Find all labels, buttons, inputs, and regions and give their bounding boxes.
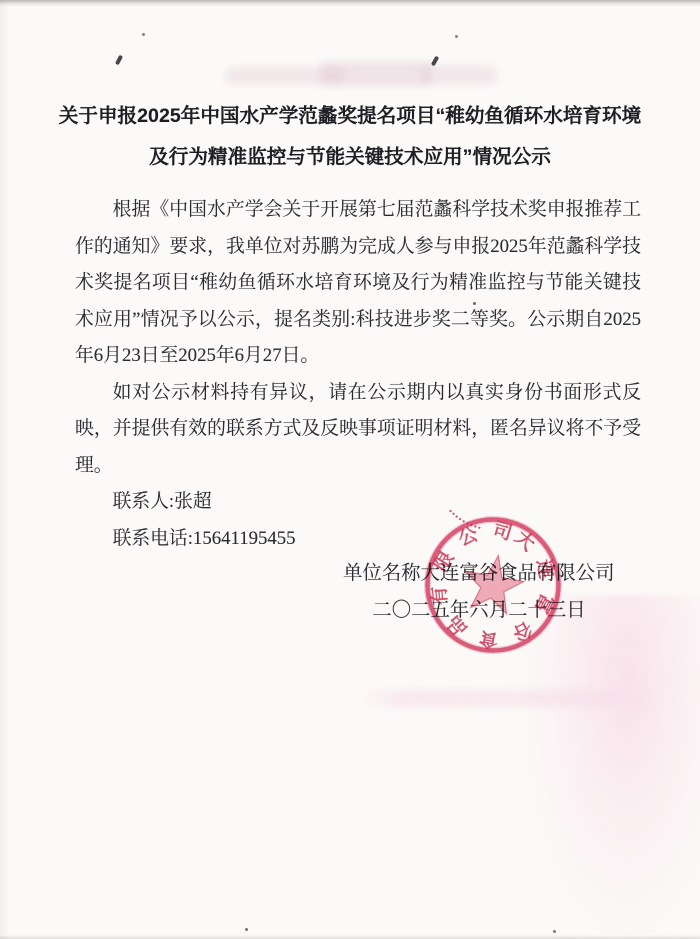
title-line-1: 关于申报2025年中国水产学范蠡奖提名项目“稚幼鱼循环水培育环境 xyxy=(50,96,650,137)
company-seal-stamp: 大连富谷食品有限公司 ▪▪▪▪▪▪▪▪▪▪▪▪▪▪ xyxy=(418,510,568,660)
seal-star-icon xyxy=(460,550,528,615)
document-title: 关于申报2025年中国水产学范蠡奖提名项目“稚幼鱼循环水培育环境 及行为精准监控… xyxy=(50,96,650,178)
title-line-2: 及行为精准监控与节能关键技术应用”情况公示 xyxy=(50,137,650,178)
ghost-smudge xyxy=(422,65,496,85)
paragraph-objection: 如对公示材料持有异议，请在公示期内以真实身份书面形式反映，并提供有效的联系方式及… xyxy=(75,375,641,485)
bleed-through-ghost-row xyxy=(358,690,658,707)
ink-speck xyxy=(245,928,248,931)
ink-speck xyxy=(142,33,145,36)
ink-speck xyxy=(455,35,458,38)
ghost-smudge xyxy=(320,62,432,86)
scan-edge-top xyxy=(0,0,700,7)
paragraph-announcement: 根据《中国水产学会关于开展第七届范蠡科学技术奖申报推荐工作的通知》要求，我单位对… xyxy=(75,192,641,375)
ink-speck xyxy=(553,930,556,933)
scan-edge-left xyxy=(0,0,10,939)
ink-speck xyxy=(115,55,123,66)
document-body: 根据《中国水产学会关于开展第七届范蠡科学技术奖申报推荐工作的通知》要求，我单位对… xyxy=(75,192,641,557)
bleed-through-ghost-top xyxy=(226,60,496,92)
scanned-page: 关于申报2025年中国水产学范蠡奖提名项目“稚幼鱼循环水培育环境 及行为精准监控… xyxy=(0,0,700,939)
